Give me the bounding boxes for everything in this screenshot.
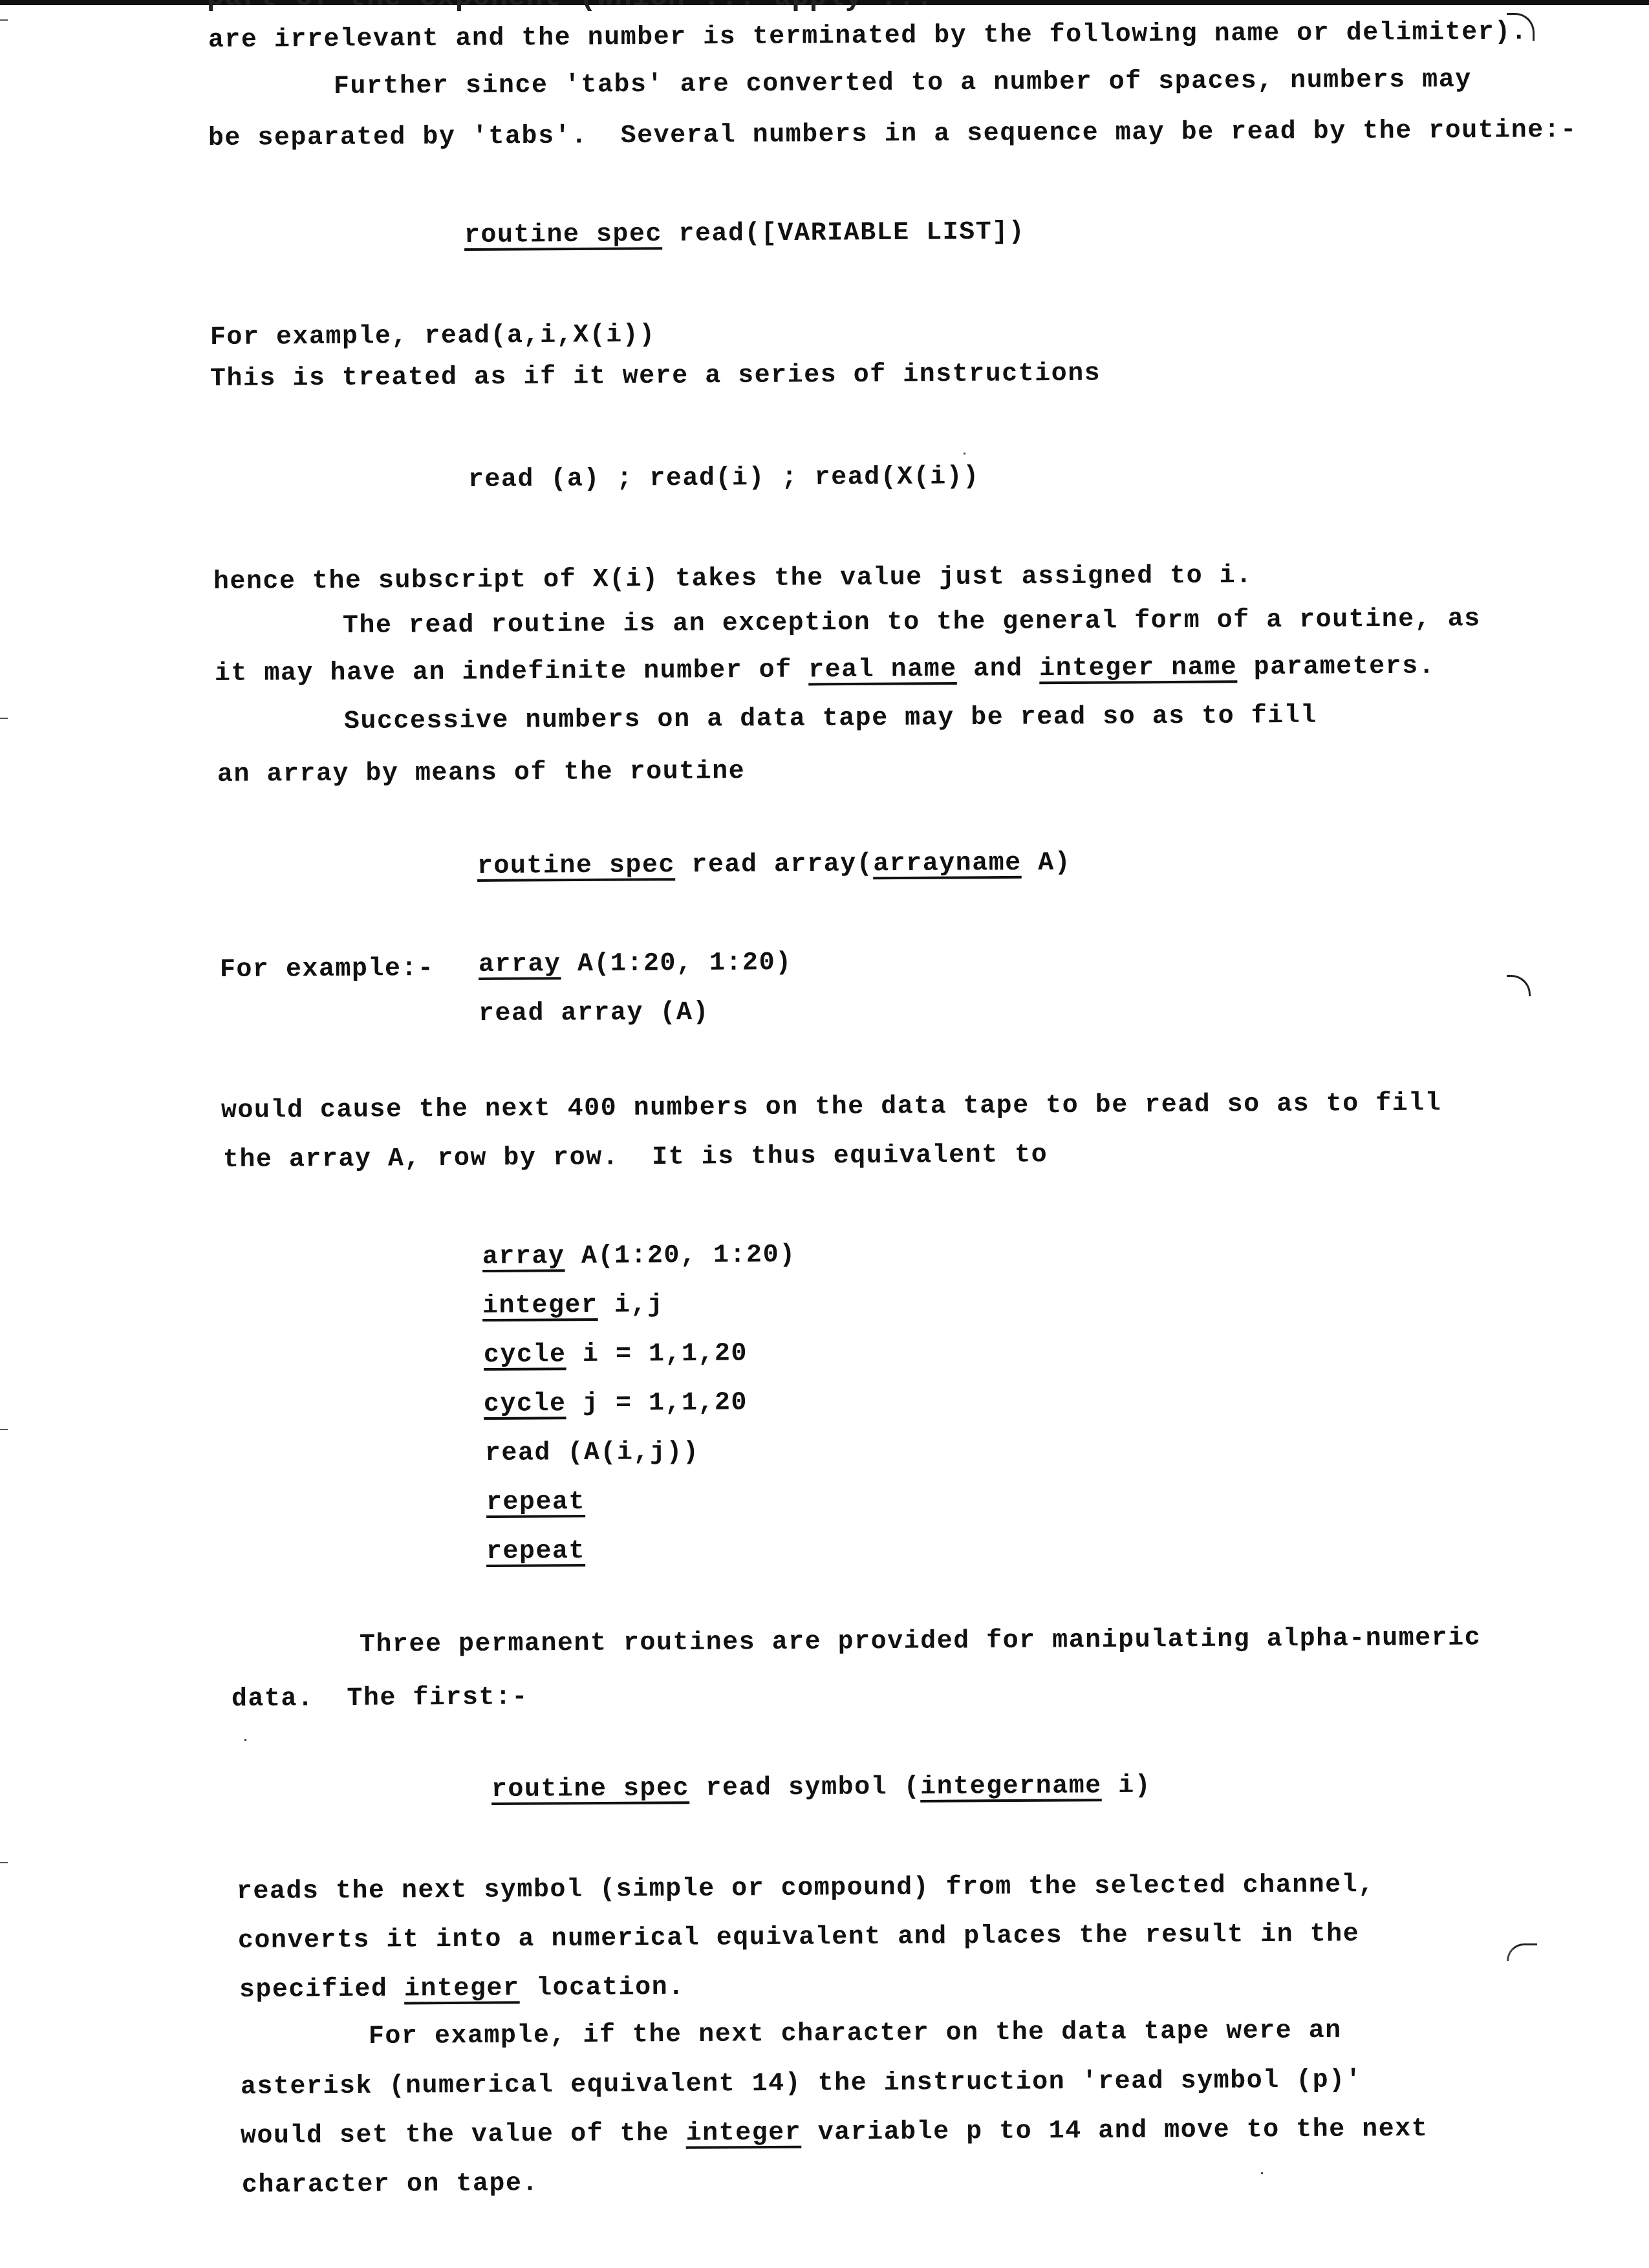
- paragraph-line: it may have an indefinite number of real…: [215, 652, 1436, 689]
- paragraph-line: reads the next symbol (simple or compoun…: [237, 1870, 1375, 1907]
- code-line: read array (A): [479, 998, 709, 1029]
- cutoff-text-line: part of the exponent (which ... apply ..…: [207, 0, 934, 14]
- paragraph-line: would set the value of the integer varia…: [241, 2115, 1428, 2151]
- code-text: j = 1,1,20: [566, 1389, 748, 1419]
- keyword: cycle: [484, 1340, 566, 1370]
- keyword: repeat: [486, 1488, 585, 1517]
- keyword: integer name: [1039, 653, 1237, 683]
- spec-text: read array(: [675, 850, 873, 880]
- paragraph-line: the array A, row by row. It is thus equi…: [223, 1140, 1048, 1175]
- scan-edge-mark: [0, 718, 8, 719]
- keyword: array: [479, 950, 561, 979]
- keyword: routine spec: [491, 1774, 689, 1804]
- scan-mark: [1507, 13, 1535, 41]
- paragraph-line: This is treated as if it were a series o…: [210, 359, 1101, 394]
- code-line: read (A(i,j)): [485, 1438, 700, 1468]
- text: would set the value of the: [241, 2119, 686, 2151]
- example-label: For example:-: [220, 954, 435, 985]
- keyword: array: [482, 1242, 565, 1272]
- code-line: repeat: [486, 1537, 585, 1567]
- paragraph-line: The read routine is an exception to the …: [343, 604, 1481, 641]
- code-text: A(1:20, 1:20): [561, 948, 792, 979]
- scan-edge-mark: [0, 1862, 8, 1863]
- keyword: arrayname: [873, 849, 1022, 879]
- code-line: integer i,j: [482, 1290, 664, 1321]
- spec-text: read([VARIABLE LIST]): [662, 218, 1025, 249]
- keyword: routine spec: [464, 220, 662, 250]
- paragraph-line: are irrelevant and the number is termina…: [208, 18, 1528, 55]
- text: and: [957, 654, 1040, 684]
- paragraph-line: converts it into a numerical equivalent …: [238, 1920, 1360, 1956]
- spec-text: read symbol (: [689, 1773, 920, 1803]
- scan-speck: [964, 453, 965, 455]
- text: parameters.: [1237, 652, 1435, 682]
- text: variable p to 14 and move to the next: [801, 2115, 1428, 2148]
- code-line: array A(1:20, 1:20): [479, 948, 792, 979]
- scan-speck: [244, 1739, 246, 1741]
- keyword: integer: [404, 1974, 520, 2004]
- code-line: read (a) ; read(i) ; read(X(i)): [468, 462, 980, 495]
- paragraph-line: hence the subscript of X(i) takes the va…: [213, 561, 1253, 597]
- scan-edge-mark: [0, 1429, 8, 1430]
- keyword: real name: [808, 655, 957, 685]
- keyword: routine spec: [477, 851, 675, 881]
- text: specified: [239, 1974, 404, 2005]
- paragraph-line: an array by means of the routine: [217, 757, 745, 789]
- code-line: cycle i = 1,1,20: [484, 1340, 748, 1370]
- keyword: cycle: [484, 1389, 566, 1419]
- paragraph-line: For example, if the next character on th…: [369, 2017, 1342, 2051]
- keyword: integername: [920, 1771, 1102, 1802]
- code-text: i,j: [598, 1290, 663, 1320]
- scan-mark: [1507, 975, 1531, 996]
- routine-spec-read: routine spec read([VARIABLE LIST]): [464, 218, 1025, 250]
- paragraph-line: Three permanent routines are provided fo…: [360, 1623, 1482, 1660]
- keyword: integer: [685, 2119, 801, 2148]
- paragraph-line: Successive numbers on a data tape may be…: [344, 701, 1317, 736]
- keyword: repeat: [486, 1537, 585, 1567]
- text: location.: [519, 1973, 684, 2004]
- keyword: integer: [482, 1291, 598, 1321]
- paragraph-line: Further since 'tabs' are converted to a …: [334, 65, 1472, 102]
- spec-text: A): [1021, 848, 1071, 877]
- routine-spec-read-array: routine spec read array(arrayname A): [477, 848, 1071, 881]
- code-line: cycle j = 1,1,20: [484, 1389, 748, 1419]
- paragraph-line: would cause the next 400 numbers on the …: [221, 1089, 1442, 1126]
- code-text: i = 1,1,20: [566, 1340, 748, 1370]
- text: it may have an indefinite number of: [215, 656, 808, 689]
- paragraph-line: For example, read(a,i,X(i)): [210, 321, 656, 352]
- code-line: array A(1:20, 1:20): [482, 1241, 796, 1272]
- routine-spec-read-symbol: routine spec read symbol (integername i): [491, 1771, 1151, 1804]
- paragraph-line: be separated by 'tabs'. Several numbers …: [208, 116, 1577, 153]
- code-text: A(1:20, 1:20): [565, 1241, 795, 1271]
- paragraph-line: data. The first:-: [232, 1683, 528, 1714]
- code-line: repeat: [486, 1488, 585, 1517]
- scan-edge-mark: [0, 19, 8, 21]
- scan-mark: [1507, 1943, 1537, 1961]
- scan-speck: [1261, 2172, 1263, 2174]
- spec-text: i): [1102, 1771, 1152, 1801]
- paragraph-line: asterisk (numerical equivalent 14) the i…: [241, 2066, 1363, 2102]
- paragraph-line: specified integer location.: [239, 1973, 685, 2005]
- paragraph-line: character on tape.: [242, 2169, 539, 2200]
